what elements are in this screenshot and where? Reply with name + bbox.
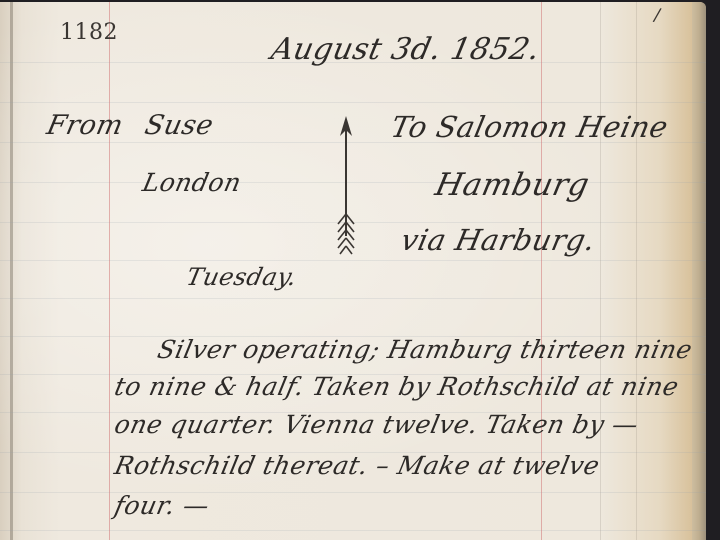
body-line: one quarter. Vienna twelve. Taken by —	[112, 410, 641, 439]
page-number: 1182	[60, 20, 118, 45]
ledger-page: 1182 / August 3d. 1852. From Suse London…	[0, 2, 706, 540]
sender-name: Suse	[142, 110, 216, 141]
routing-via: via Harburg.	[398, 223, 599, 257]
body-line: to nine & half. Taken by Rothschild at n…	[112, 372, 682, 401]
recipient-name: To Salomon Heine	[388, 110, 671, 144]
corner-mark: /	[652, 4, 663, 26]
recipient-city: Hamburg	[432, 167, 593, 203]
page-edge	[692, 2, 706, 540]
weekday: Tuesday.	[184, 263, 300, 291]
body-line: Silver operating; Hamburg thirteen nine	[155, 335, 695, 364]
left-margin-rule	[109, 2, 110, 540]
scanned-page-image: 1182 / August 3d. 1852. From Suse London…	[0, 0, 720, 540]
column-rule	[636, 2, 637, 540]
from-label: From	[44, 110, 126, 141]
entry-date: August 3d. 1852.	[268, 32, 543, 67]
body-line: four. —	[112, 491, 212, 520]
page-binding-shadow	[10, 2, 13, 540]
body-line: Rothschild thereat. – Make at twelve	[112, 451, 602, 480]
upward-arrow-icon	[332, 114, 362, 259]
sender-city: London	[140, 168, 244, 197]
